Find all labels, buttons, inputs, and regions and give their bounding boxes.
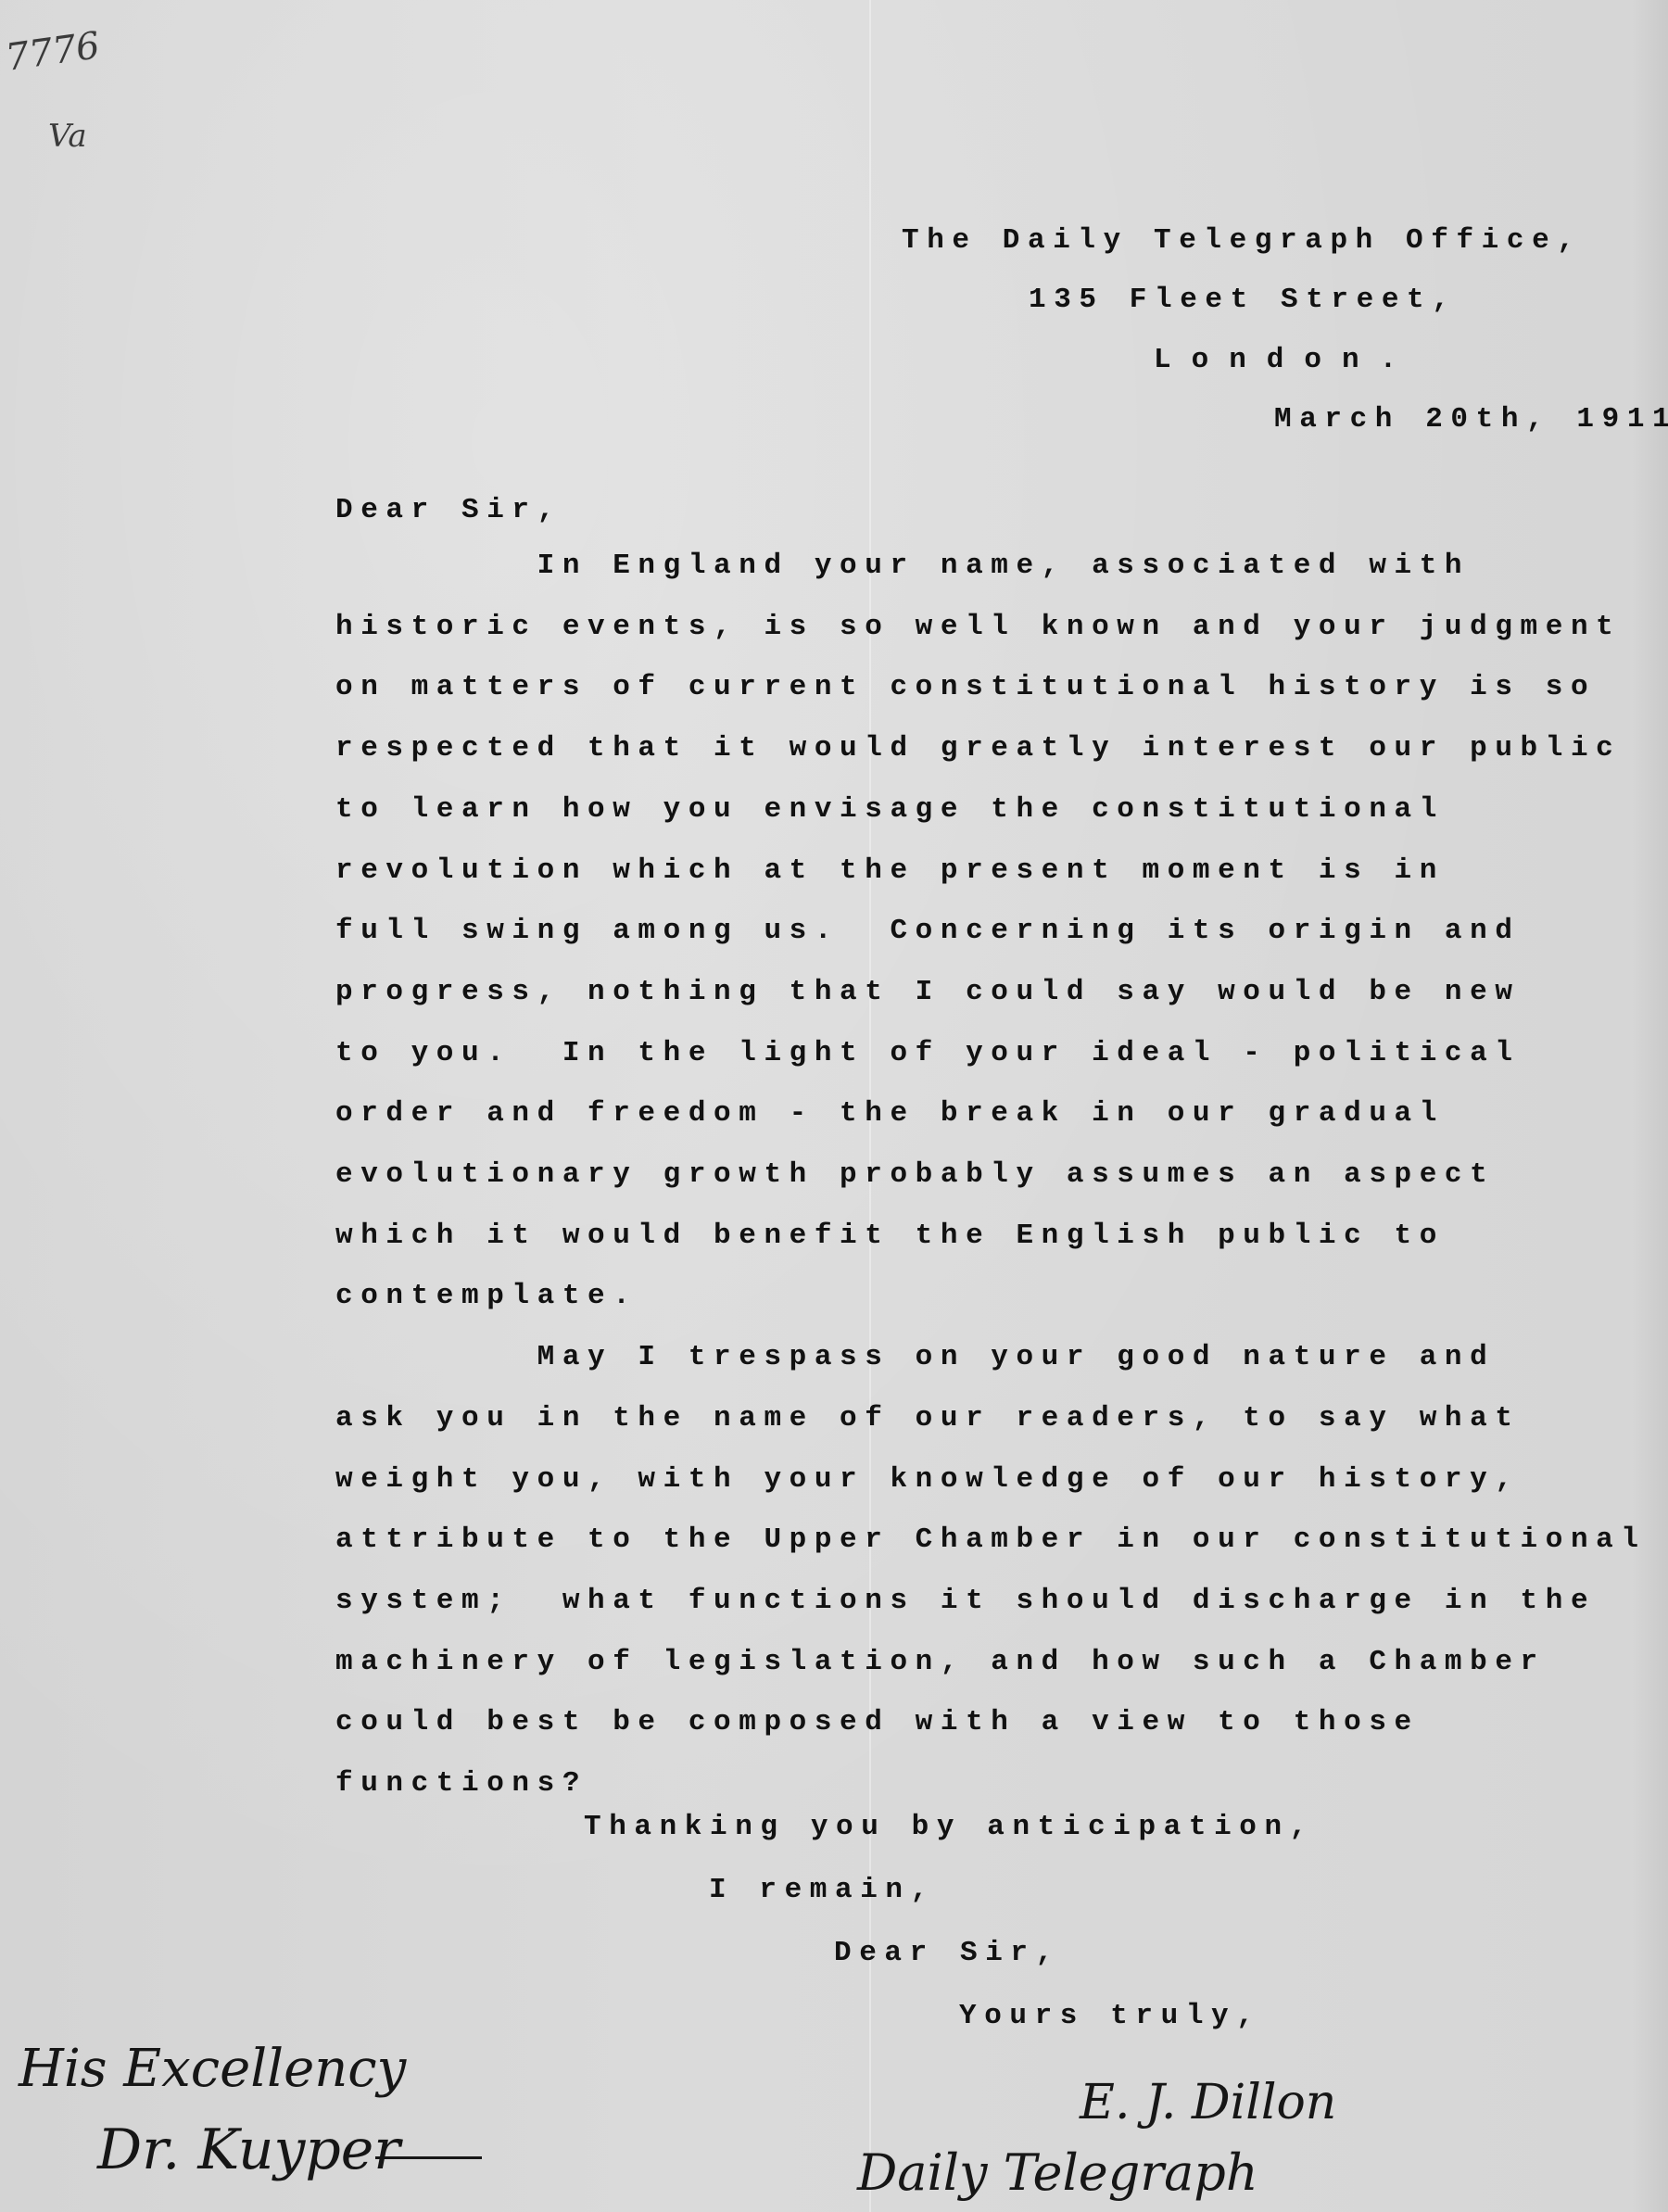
archive-number-annotation: 7776 bbox=[4, 27, 102, 77]
body-line: machinery of legislation, and how such a… bbox=[335, 1648, 1546, 1676]
address-city: London. bbox=[1154, 346, 1417, 374]
body-line: evolutionary growth probably assumes an … bbox=[335, 1160, 1495, 1189]
body-line: ask you in the name of our readers, to s… bbox=[335, 1404, 1521, 1433]
body-line: system; what functions it should dischar… bbox=[335, 1586, 1596, 1615]
body-line: contemplate. bbox=[335, 1282, 638, 1310]
paper-edge-shadow bbox=[1631, 0, 1668, 2212]
body-line: to learn how you envisage the constituti… bbox=[335, 795, 1445, 824]
body-line: on matters of current constitutional his… bbox=[335, 673, 1596, 702]
body-line: attribute to the Upper Chamber in our co… bbox=[335, 1525, 1647, 1554]
closing-line: Dear Sir, bbox=[834, 1939, 1061, 1967]
body-line: full swing among us. Concerning its orig… bbox=[335, 916, 1521, 945]
archive-sub-annotation: Va bbox=[48, 120, 87, 152]
recipient-underline bbox=[375, 2156, 482, 2159]
body-line: historic events, is so well known and yo… bbox=[335, 613, 1621, 641]
closing-line: Thanking you by anticipation, bbox=[584, 1813, 1315, 1841]
signature-name-handwritten: E. J. Dillon bbox=[1080, 2079, 1336, 2127]
closing-line: Yours truly, bbox=[959, 2002, 1261, 2030]
recipient-title-handwritten: His Excellency bbox=[19, 2043, 406, 2095]
address-street: 135 Fleet Street, bbox=[1029, 285, 1457, 314]
signature-publication-handwritten: Daily Telegraph bbox=[857, 2148, 1258, 2198]
body-line: functions? bbox=[335, 1769, 588, 1798]
address-office: The Daily Telegraph Office, bbox=[902, 226, 1582, 255]
body-line: which it would benefit the English publi… bbox=[335, 1221, 1445, 1250]
body-line: revolution which at the present moment i… bbox=[335, 856, 1445, 885]
body-line: progress, nothing that I could say would… bbox=[335, 978, 1521, 1006]
body-line: respected that it would greatly interest… bbox=[335, 734, 1621, 763]
body-line: to you. In the light of your ideal - pol… bbox=[335, 1039, 1521, 1068]
salutation: Dear Sir, bbox=[335, 496, 562, 525]
body-line: could best be composed with a view to th… bbox=[335, 1708, 1420, 1737]
recipient-name-handwritten: Dr. Kuyper bbox=[97, 2122, 400, 2178]
body-line: order and freedom - the break in our gra… bbox=[335, 1099, 1445, 1128]
body-line: In England your name, associated with bbox=[335, 551, 1470, 580]
closing-line: I remain, bbox=[709, 1876, 936, 1904]
letter-date: March 20th, 1911 bbox=[1274, 405, 1668, 434]
body-line: May I trespass on your good nature and bbox=[335, 1343, 1495, 1371]
body-line: weight you, with your knowledge of our h… bbox=[335, 1465, 1521, 1494]
